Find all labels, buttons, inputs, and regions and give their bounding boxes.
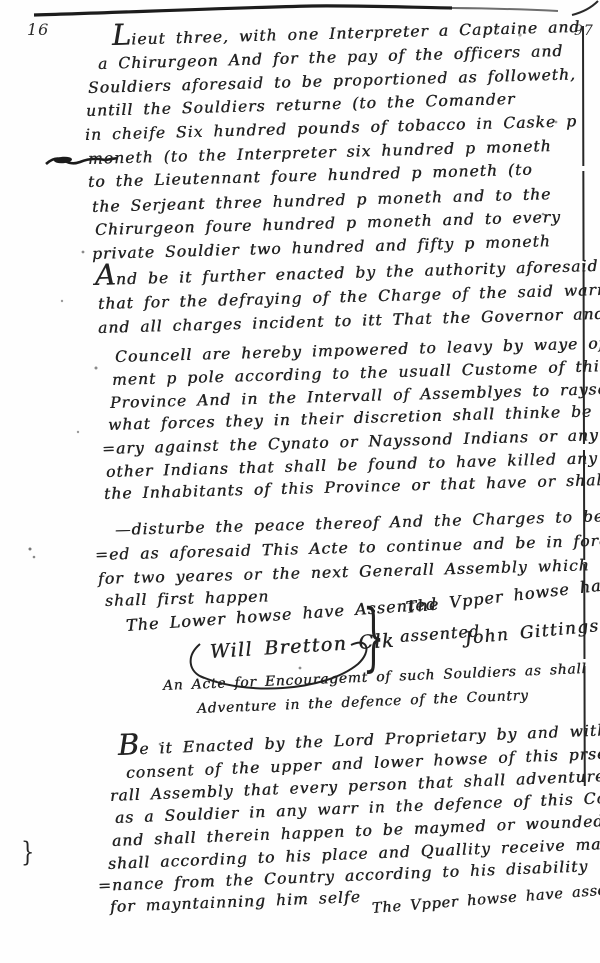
margin-curl-mark: } [21, 836, 34, 867]
ink-speck [299, 667, 302, 670]
upper-house-assent-line1: The Vpper howse have [405, 573, 600, 617]
page-number-left: 16 [27, 20, 49, 39]
page-corner-curve [572, 1, 598, 15]
manuscript-page: 16 97 Lieut three, with one Interpreter … [0, 0, 600, 963]
ink-speck [29, 548, 32, 551]
ink-speck [33, 556, 36, 559]
act-title-line: Adventure in the defence of the Country [197, 688, 529, 717]
upper-house-assent-note: The Vpper howse have assd [371, 882, 600, 917]
scan-top-edge-faint [452, 8, 558, 11]
margin-flourish-blob [54, 156, 72, 164]
ink-speck [61, 300, 63, 302]
ink-speck [77, 431, 79, 433]
upper-house-clerk-signature: John Gittings Clk [464, 612, 600, 649]
ink-speck [82, 251, 85, 254]
ink-speck [95, 367, 98, 370]
scan-top-edge [34, 6, 452, 15]
